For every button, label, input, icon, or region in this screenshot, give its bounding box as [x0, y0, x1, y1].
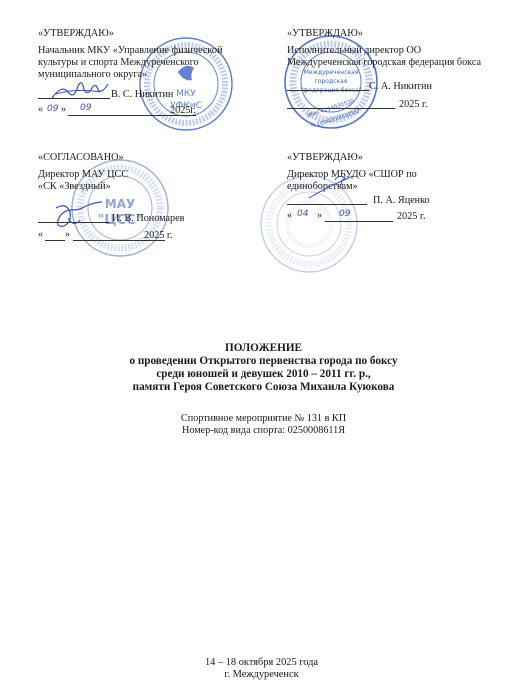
svg-text:ОГРН 1094200000567: ОГРН 1094200000567	[300, 108, 362, 130]
approval-block-4: «УТВЕРЖДАЮ» Директор МБУДО «СШОР по един…	[287, 152, 517, 262]
svg-text:Междуреченская: Междуреченская	[304, 69, 359, 76]
date-month: 09	[80, 103, 91, 113]
svg-text:МАУ: МАУ	[105, 197, 135, 211]
signature-line	[38, 98, 110, 99]
date-close-quote: »	[61, 104, 66, 116]
document-subtitle-line: памяти Героя Советского Союза Михаила Ку…	[0, 381, 527, 394]
signatory-name: С. А. Никитин	[369, 81, 432, 93]
event-number: Спортивное мероприятие № 131 в КП	[0, 413, 527, 425]
approval-block-2: Междуреченская городская "федерация бокс…	[287, 28, 517, 138]
signatory-name: В. С. Никитин	[111, 89, 173, 101]
date-year: 2025 г.	[144, 230, 173, 242]
date-line	[325, 221, 393, 222]
approver-position-line: единоборствам»	[287, 181, 358, 193]
approver-position-line: Директор МБУДО «СШОР по	[287, 169, 417, 181]
approval-heading: «УТВЕРЖДАЮ»	[287, 152, 363, 164]
approver-position-line: культуры и спорта Междуреченского	[38, 57, 199, 69]
document-title: ПОЛОЖЕНИЕ	[0, 342, 527, 355]
approver-position-line: Директор МАУ ЦСС	[38, 169, 128, 181]
date-open-quote: «	[287, 210, 292, 222]
date-close-quote: »	[317, 210, 322, 222]
event-dates: 14 – 18 октября 2025 года	[0, 657, 525, 669]
signature-line	[287, 90, 369, 91]
date-open-quote: «	[38, 104, 43, 116]
date-month: 09	[339, 209, 350, 219]
sport-code: Номер-код вида спорта: 0250008611Я	[0, 425, 527, 437]
date-day: 04	[297, 209, 308, 219]
approval-heading: «УТВЕРЖДАЮ»	[38, 28, 114, 40]
approver-position-line: Исполнительный директор ОО	[287, 45, 421, 57]
approver-position-line: Междуреченская городская федерация бокса	[287, 57, 481, 69]
approval-heading: «СОГЛАСОВАНО»	[38, 152, 124, 164]
date-year: 2025г.	[170, 105, 196, 117]
signature-line	[287, 204, 367, 205]
date-close-quote: »	[65, 229, 70, 241]
signatory-name: И. В. Пономарев	[112, 213, 184, 225]
svg-text:МКУ: МКУ	[176, 89, 196, 99]
approver-position-line: муниципального округа»	[38, 69, 147, 81]
signatory-name: П. А. Яценко	[373, 195, 430, 207]
approver-position-line: Начальник МКУ «Управление физической	[38, 45, 222, 57]
approver-position-line: «СК «Звездный»	[38, 181, 111, 193]
document-subtitle-line: среди юношей и девушек 2010 – 2011 гг. р…	[0, 368, 527, 381]
date-line	[287, 108, 395, 109]
approval-block-1: МКУ УФКиС «УТВЕРЖДАЮ» Начальник МКУ «Упр…	[38, 28, 258, 138]
document-subtitle-line: о проведении Открытого первенства города…	[0, 355, 527, 368]
date-day: 09	[47, 104, 58, 114]
approval-block-3: МАУ "ЦСС" «СОГЛАСОВАНО» Директор МАУ ЦСС…	[38, 152, 258, 262]
date-year: 2025 г.	[399, 99, 428, 111]
approval-heading: «УТВЕРЖДАЮ»	[287, 28, 363, 40]
date-year: 2025 г.	[397, 211, 426, 223]
date-day-line	[45, 240, 65, 241]
date-open-quote: «	[38, 229, 43, 241]
event-city: г. Междуреченск	[0, 669, 525, 681]
svg-text:городская: городская	[315, 78, 348, 85]
handwritten-signature-icon	[50, 80, 112, 104]
signature-line	[38, 222, 110, 223]
